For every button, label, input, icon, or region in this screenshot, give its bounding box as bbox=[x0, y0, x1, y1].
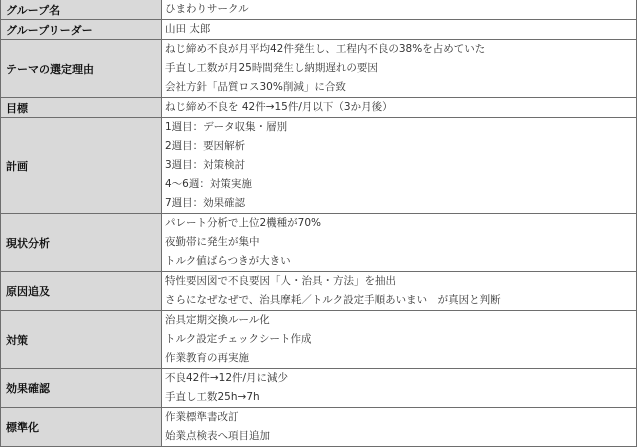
content-line: 山田 太郎 bbox=[165, 20, 636, 39]
content-line: ひまわりサークル bbox=[165, 0, 636, 19]
content-cell[interactable]: 作業標準書改訂 始業点検表へ項目追加 bbox=[162, 408, 637, 428]
content-line: 特性要因図で不良要因「人・治具・方法」を抽出 bbox=[165, 272, 636, 291]
label-cell[interactable]: 原因追及 bbox=[1, 272, 162, 311]
row-countermeasures: 対策 治具定期交換ルール化 トルク設定チェックシート作成 作業教育の再実施 bbox=[1, 311, 637, 369]
content-cell[interactable]: パレート分析で上位2機種が70% 夜勤帯に発生が集中 トルク値ばらつきが大きい bbox=[162, 214, 637, 272]
row-plan: 計画 1週目：データ収集・層別 2週目：要因解析 3週目：対策検討 4〜6週：対… bbox=[1, 118, 637, 214]
row-theme-reason: テーマの選定理由 ねじ締め不良が月平均42件発生し、工程内不良の38%を占めてい… bbox=[1, 40, 637, 98]
label-cell[interactable]: 目標 bbox=[1, 98, 162, 118]
row-current-analysis: 現状分析 パレート分析で上位2機種が70% 夜勤帯に発生が集中 トルク値ばらつき… bbox=[1, 214, 637, 272]
content-line: 治具定期交換ルール化 bbox=[165, 311, 636, 330]
content-line: 夜勤帯に発生が集中 bbox=[165, 233, 636, 252]
qc-circle-report-table: グループ名 ひまわりサークル グループリーダー 山田 太郎 テーマの選定理由 ね… bbox=[0, 0, 637, 427]
row-group-name: グループ名 ひまわりサークル bbox=[1, 0, 637, 20]
content-line: パレート分析で上位2機種が70% bbox=[165, 214, 636, 233]
row-standardization: 標準化 作業標準書改訂 始業点検表へ項目追加 bbox=[1, 408, 637, 428]
content-cell[interactable]: 1週目：データ収集・層別 2週目：要因解析 3週目：対策検討 4〜6週：対策実施… bbox=[162, 118, 637, 214]
row-root-cause: 原因追及 特性要因図で不良要因「人・治具・方法」を抽出 さらになぜなぜで、治具摩… bbox=[1, 272, 637, 311]
content-line: トルク設定チェックシート作成 bbox=[165, 330, 636, 349]
content-line: 作業教育の再実施 bbox=[165, 349, 636, 368]
label-cell[interactable]: 対策 bbox=[1, 311, 162, 369]
label-cell[interactable]: 計画 bbox=[1, 118, 162, 214]
row-goal: 目標 ねじ締め不良を 42件→15件/月以下（3か月後） bbox=[1, 98, 637, 118]
content-line: 3週目：対策検討 bbox=[165, 156, 636, 175]
content-cell[interactable]: ひまわりサークル bbox=[162, 0, 637, 20]
content-cell[interactable]: ねじ締め不良が月平均42件発生し、工程内不良の38%を占めていた 手直し工数が月… bbox=[162, 40, 637, 98]
label-cell[interactable]: 標準化 bbox=[1, 408, 162, 428]
label-cell[interactable]: グループ名 bbox=[1, 0, 162, 20]
content-line: 2週目：要因解析 bbox=[165, 137, 636, 156]
content-line: 作業標準書改訂 bbox=[165, 408, 636, 427]
content-line: 1週目：データ収集・層別 bbox=[165, 118, 636, 137]
label-cell[interactable]: 効果確認 bbox=[1, 369, 162, 408]
content-line: 手直し工数25h→7h bbox=[165, 388, 636, 407]
label-cell[interactable]: テーマの選定理由 bbox=[1, 40, 162, 98]
content-line: 不良42件→12件/月に減少 bbox=[165, 369, 636, 388]
content-line: さらになぜなぜで、治具摩耗／トルク設定手順あいまい が真因と判断 bbox=[165, 291, 636, 310]
content-cell[interactable]: ねじ締め不良を 42件→15件/月以下（3か月後） bbox=[162, 98, 637, 118]
label-cell[interactable]: グループリーダー bbox=[1, 20, 162, 40]
content-line: 手直し工数が月25時間発生し納期遅れの要因 bbox=[165, 59, 636, 78]
row-effect-confirmation: 効果確認 不良42件→12件/月に減少 手直し工数25h→7h bbox=[1, 369, 637, 408]
content-cell[interactable]: 山田 太郎 bbox=[162, 20, 637, 40]
content-cell[interactable]: 不良42件→12件/月に減少 手直し工数25h→7h bbox=[162, 369, 637, 408]
content-line: 4〜6週：対策実施 bbox=[165, 175, 636, 194]
content-line: トルク値ばらつきが大きい bbox=[165, 252, 636, 271]
content-line: 7週目：効果確認 bbox=[165, 194, 636, 213]
label-cell[interactable]: 現状分析 bbox=[1, 214, 162, 272]
content-line: ねじ締め不良が月平均42件発生し、工程内不良の38%を占めていた bbox=[165, 40, 636, 59]
content-cell[interactable]: 特性要因図で不良要因「人・治具・方法」を抽出 さらになぜなぜで、治具摩耗／トルク… bbox=[162, 272, 637, 311]
content-cell[interactable]: 治具定期交換ルール化 トルク設定チェックシート作成 作業教育の再実施 bbox=[162, 311, 637, 369]
content-line: ねじ締め不良を 42件→15件/月以下（3か月後） bbox=[165, 98, 636, 117]
row-group-leader: グループリーダー 山田 太郎 bbox=[1, 20, 637, 40]
content-line: 会社方針「品質ロス30%削減」に合致 bbox=[165, 78, 636, 97]
